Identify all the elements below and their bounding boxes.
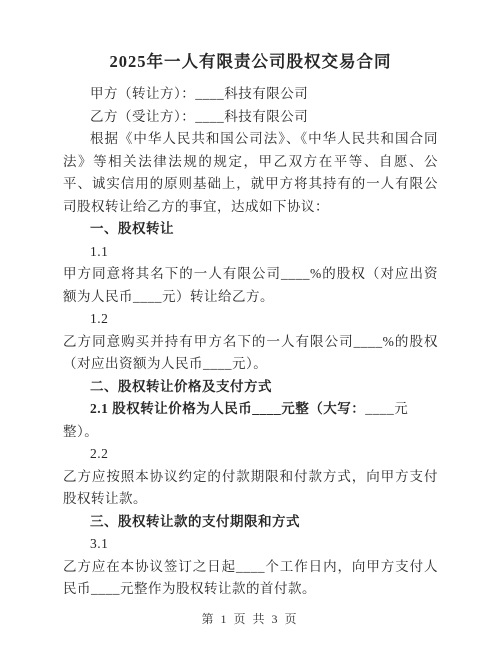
intro-paragraph: 根据《中华人民共和国公司法》、《中华人民共和国合同法》等相关法律法规的规定，甲乙… [63, 128, 438, 218]
clause-1-2-number: 1.2 [63, 308, 438, 331]
clause-2-2-text: 乙方应按照本协议约定的付款期限和付款方式，向甲方支付股权转让款。 [63, 466, 438, 511]
section-3-heading: 三、股权转让款的支付期限和方式 [63, 511, 438, 534]
page-number-footer: 第 1 页 共 3 页 [0, 611, 500, 627]
clause-3-1-text: 乙方应在本协议签订之日起____个工作日内，向甲方支付人民币____元整作为股权… [63, 556, 438, 601]
clause-2-1-bold-part: 2.1 股权转让价格为人民币____元整（大写： [90, 401, 365, 416]
clause-2-1-line: 2.1 股权转让价格为人民币____元整（大写：____元整）。 [63, 398, 438, 443]
clause-3-1-number: 3.1 [63, 533, 438, 556]
document-title: 2025年一人有限责公司股权交易合同 [63, 50, 438, 74]
clause-2-2-number: 2.2 [63, 443, 438, 466]
clause-1-1-text: 甲方同意将其名下的一人有限公司____%的股权（对应出资额为人民币____元）转… [63, 263, 438, 308]
party-a-line: 甲方（转让方）：____科技有限公司 [63, 83, 438, 106]
document-content: 2025年一人有限责公司股权交易合同 甲方（转让方）：____科技有限公司 乙方… [0, 0, 500, 601]
document-page: 2025年一人有限责公司股权交易合同 甲方（转让方）：____科技有限公司 乙方… [0, 0, 500, 647]
party-b-line: 乙方（受让方）：____科技有限公司 [63, 106, 438, 129]
section-2-heading: 二、股权转让价格及支付方式 [63, 376, 438, 399]
clause-1-2-text: 乙方同意购买并持有甲方名下的一人有限公司____%的股权（对应出资额为人民币__… [63, 331, 438, 376]
clause-1-1-number: 1.1 [63, 241, 438, 264]
section-1-heading: 一、股权转让 [63, 218, 438, 241]
